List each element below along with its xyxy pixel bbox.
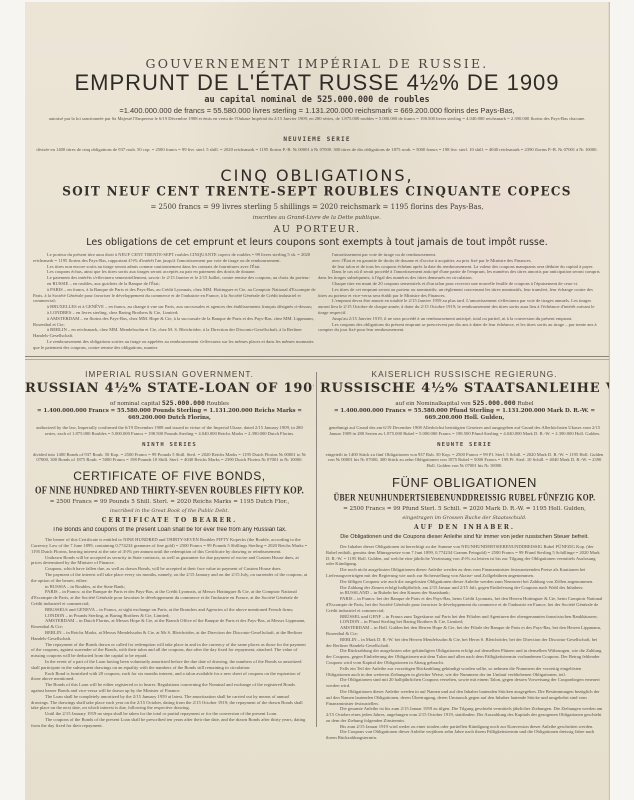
paragraph: The Loan shall be completely amortized b…: [31, 694, 308, 711]
paragraph: BERLIN – in Mark D. R.-W. bei den Herren…: [326, 637, 603, 649]
french-series: NEUVIÈME SÉRIE: [25, 136, 609, 143]
english-bond-subheading: OF NINE HUNDRED AND THIRTY-SEVEN ROUBLES…: [25, 485, 314, 496]
french-body-right: l'amortissement par voie de tirage ou de…: [318, 252, 601, 333]
paragraph: L'emprunt devra être amorti en totalité …: [318, 298, 601, 315]
german-inscription: eingetragen im Grossen Buche der Staatss…: [320, 515, 609, 521]
paragraph: BRUSSELS and GENEVA – in Francs, at sigh…: [31, 607, 308, 613]
german-bearer: AUF DEN INHABER.: [320, 524, 609, 531]
german-column: KAISERLICH RUSSISCHE REGIERUNG. RUSSISCH…: [320, 369, 609, 741]
german-authorization: genehmigt auf Grund des am 6/19 December…: [320, 425, 609, 437]
english-tax-exemption: The Bonds and coupons of the present Loa…: [25, 527, 314, 533]
paragraph: Dans le cas où il serait procédé à l'amo…: [318, 269, 601, 281]
french-capital: au capital nominal de 525.000.000 de rou…: [25, 95, 609, 105]
paragraph: Jusqu'au 2/15 Janvier 1919, il ne sera p…: [318, 316, 601, 322]
french-body-left: Le porteur du présent titre aura droit à…: [33, 252, 316, 351]
english-government-heading: IMPERIAL RUSSIAN GOVERNMENT.: [25, 369, 314, 379]
french-bond-value: = 2500 francs = 99 livres sterling 5 shi…: [25, 203, 609, 211]
paragraph: PARIS – in Francs: bei der Banque de Par…: [326, 596, 603, 613]
paragraph: Die Obligationen dieser Anleihe werden i…: [326, 689, 603, 706]
section-divider-inner: [25, 359, 609, 360]
paragraph: The payment of the interest will take pl…: [31, 572, 308, 584]
paragraph: Le porteur du présent titre aura droit à…: [33, 252, 316, 264]
french-government-heading: GOUVERNEMENT IMPÉRIAL DE RUSSIE.: [25, 56, 609, 71]
paragraph: Each Bond is furnished with 20 coupons, …: [31, 671, 308, 683]
paragraph: Falls ein Teil der Anleihe zur vorzeitig…: [326, 666, 603, 678]
german-equivalents: = 1.400.000.000 Francs = 55.580.000 Pfun…: [320, 408, 609, 422]
paragraph: Die gesamte Anleihe ist bis zum 2/15 Jan…: [326, 706, 603, 723]
german-loan-title: RUSSISCHE 4½% STAATSANLEIHE VON 1909: [320, 381, 609, 396]
english-series: NINTH SERIES: [25, 442, 314, 448]
paragraph: Chaque titre est muni de 20 coupons seme…: [318, 281, 601, 287]
english-body: The bearer of this Certificate is entitl…: [25, 537, 314, 728]
german-bond-subheading: ÜBER NEUNHUNDERTSIEBENUNDDREISSIG RUBEL …: [320, 492, 609, 503]
german-division: eingeteilt in 1400 Stück zu fünf Obligat…: [320, 452, 609, 469]
paragraph: Les coupons des obligations du présent e…: [318, 322, 601, 334]
paragraph: Undrawn Bonds will be accepted as securi…: [31, 555, 308, 567]
paragraph: à BERLIN – en reichsmark, chez MM. Mende…: [33, 327, 316, 339]
english-bond-heading: CERTIFICATE OF FIVE BONDS,: [25, 469, 314, 483]
french-bearer: AU PORTEUR.: [25, 224, 609, 235]
english-inscription: inscribed in the Great Book of the Publi…: [25, 508, 314, 514]
french-loan-title: EMPRUNT DE L'ÉTAT RUSSE 4½% DE 1909: [25, 70, 609, 96]
paragraph: The repayment of the Bonds drawn or call…: [31, 642, 308, 659]
german-bond-heading: FÜNF OBLIGATIONEN: [320, 475, 609, 490]
bond-certificate: GOUVERNEMENT IMPÉRIAL DE RUSSIE. EMPRUNT…: [25, 2, 610, 800]
paragraph: Die Rückzahlung der ausgelosten oder gek…: [326, 648, 603, 665]
paragraph: Die Coupons von Obligationen dieser Anle…: [326, 729, 603, 741]
french-tax-exemption: Les obligations de cet emprunt et leurs …: [25, 237, 609, 248]
paragraph: In the event of a part of the Loan havin…: [31, 659, 308, 671]
german-body: Der Inhaber dieser Obligationen ist bere…: [320, 544, 609, 741]
german-series: NEUNTE SERIE: [320, 442, 609, 448]
french-bond-subheading: SOIT NEUF CENT TRENTE-SEPT ROUBLES CINQU…: [25, 183, 609, 198]
paragraph: PARIS – in Francs: at the Banque de Pari…: [31, 589, 308, 606]
paragraph: Die noch nicht ausgelosten Obligationen …: [326, 567, 603, 579]
english-bond-value: = 2500 Francs = 99 Pounds 5 Shill. Sterl…: [25, 499, 314, 505]
paragraph: AMSTERDAM – in Dutch Florins, at Messrs …: [31, 618, 308, 630]
french-division: divisée en 1400 titres de cinq obligatio…: [31, 147, 603, 153]
paragraph: Der Inhaber dieser Obligationen ist bere…: [326, 544, 603, 567]
english-loan-title: RUSSIAN 4½% STATE-LOAN OF 1909: [25, 381, 314, 396]
english-equivalents: = 1.400.000.000 Francs = 55.580.000 Poun…: [25, 408, 314, 422]
german-capital: auf ein Nominalkapital von 525.000.000 R…: [320, 399, 609, 407]
paragraph: The coupons of the Bonds of the present …: [31, 717, 308, 729]
paragraph: BERLIN – in Reichs Marks, at Messrs Mend…: [31, 630, 308, 642]
english-column: IMPERIAL RUSSIAN GOVERNMENT. RUSSIAN 4½%…: [25, 369, 314, 728]
english-division: divided into 1400 Bonds of 937 Roub. 50 …: [25, 452, 314, 464]
paragraph: Die Obligationen sind mit 20 halbjährlic…: [326, 677, 603, 689]
column-divider: [316, 372, 317, 727]
english-capital: of nominal capital 525.000.000 Roubles: [25, 399, 314, 407]
french-bond-heading: CINQ OBLIGATIONS,: [25, 166, 609, 185]
english-bearer: CERTIFICATE TO BEARER.: [25, 517, 314, 524]
german-government-heading: KAISERLICH RUSSISCHE REGIERUNG.: [320, 369, 609, 379]
paragraph: AMSTERDAM – in Holl. Gulden bei den Herr…: [326, 625, 603, 637]
german-bond-value: = 2500 Francs = 99 Pfund Sterl. 5 Schill…: [320, 506, 609, 512]
french-inscription: inscrites au Grand-Livre de la Dette pub…: [25, 215, 609, 221]
french-equivalents: =1.400.000.000 de francs = 55.580.000 li…: [25, 106, 609, 115]
paragraph: Le remboursement des obligations sorties…: [33, 339, 316, 351]
section-divider: [25, 356, 609, 357]
german-tax-exemption: Die Obligationen und die Coupons dieser …: [320, 534, 609, 540]
paragraph: The Bonds of this Loan will be either re…: [31, 682, 308, 694]
paragraph: Les titres de cet emprunt seront au port…: [318, 287, 601, 299]
paragraph: à AMSTERDAM – en florins des Pays-Bas, c…: [33, 316, 316, 328]
paragraph: The bearer of this Certificate is entitl…: [31, 537, 308, 554]
english-authorization: authorized by the law, Imperially confir…: [25, 425, 314, 437]
paragraph: à PARIS – en francs, à la Banque de Pari…: [33, 287, 316, 304]
paragraph: Die fälligen Coupons wie auch die ausgel…: [326, 579, 603, 585]
french-authorization: autorisé par la loi sanctionnée par Sa M…: [45, 116, 589, 122]
